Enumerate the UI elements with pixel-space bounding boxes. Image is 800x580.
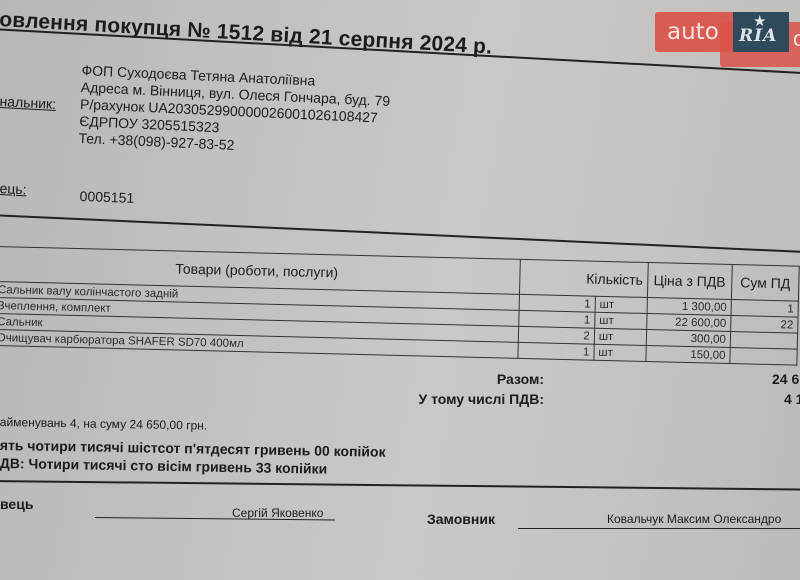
item-quantity: 1 (518, 310, 595, 328)
header-sum: Сум ПД (731, 265, 799, 302)
item-sum (730, 332, 797, 350)
ria-badge: ★ RIA (733, 12, 789, 52)
item-unit: шт (595, 296, 647, 313)
watermark-text: auto (667, 19, 719, 45)
divider-middle (0, 214, 800, 253)
total-label: Разом: (460, 371, 544, 387)
item-sum: 1 (731, 300, 798, 318)
vat-value: 4 1 (784, 391, 800, 407)
item-sum: 22 (731, 316, 798, 334)
supplier-details: ФОП Суходоєва Тетяна Анатоліївна Адреса … (78, 62, 391, 161)
buyer-label: ець: (0, 180, 27, 197)
vat-in-words: ДВ: Чотири тисячі сто вісім гривень 33 к… (0, 455, 327, 477)
item-quantity: 1 (517, 342, 594, 360)
header-price: Ціна з ПДВ (647, 262, 732, 299)
items-table: Товари (роботи, послуги) Кількість Ціна … (0, 246, 800, 366)
vat-label: У тому числі ПДВ: (380, 391, 544, 407)
item-unit: шт (594, 344, 646, 361)
header-quantity: Кількість (519, 259, 648, 297)
item-price: 150,00 (645, 345, 730, 363)
buyer-signature-label: Замовник (427, 511, 495, 527)
divider-bottom (0, 480, 800, 491)
item-sum (730, 348, 797, 366)
ria-logo-text: RIA (739, 26, 777, 46)
item-unit: шт (594, 312, 646, 329)
buyer-name: Ковальчук Максим Олександро (607, 512, 781, 526)
item-quantity: 1 (519, 294, 596, 312)
items-count-summary: айменувань 4, на суму 24 650,00 грн. (0, 415, 207, 433)
invoice-sheet: овлення покупця № 1512 від 21 серпня 202… (0, 0, 800, 580)
item-quantity: 2 (518, 326, 595, 344)
seller-signature-label: вець (0, 496, 33, 512)
items-table-wrap: Товари (роботи, послуги) Кількість Ціна … (0, 246, 800, 366)
buyer-signature-line (518, 528, 800, 529)
buyer-code: 0005151 (79, 188, 134, 206)
supplier-label: нальник: (0, 93, 56, 112)
autoria-watermark: auto ★ RIA o (655, 12, 800, 54)
item-unit: шт (594, 328, 646, 345)
seller-name: Сергій Яковенко (232, 506, 323, 520)
total-value: 24 6 (772, 371, 799, 387)
